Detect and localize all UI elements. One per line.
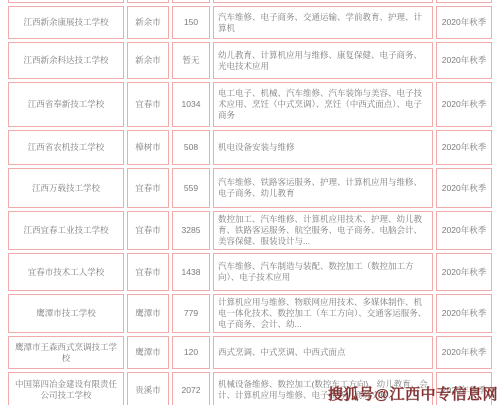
city-cell: 新余市 [127, 42, 169, 79]
school-name-cell: 鹰潭市王森西式烹调技工学校 [8, 336, 124, 369]
city-cell: 宜春市 [127, 253, 169, 291]
city-cell: 鹰潭市 [127, 336, 169, 369]
table-row: 江西新余科达技工学校 新余市 暂无 幼儿教育、计算机应用与维修、康复保健、电子商… [8, 42, 492, 79]
table-row: 鹰潭市王森西式烹调技工学校 鹰潭市 120 西式烹调、中式烹调、中西式面点 20… [8, 336, 492, 369]
school-name-cell: 鹰潭市技工学校 [8, 294, 124, 333]
city-cell: 新余市 [127, 6, 169, 39]
schools-table-body: 江西新余康展技工学校 新余市 150 汽车维修、电子商务、交通运输、学前教育、护… [8, 0, 492, 405]
city-cell: 宜春市 [127, 211, 169, 250]
semester-cell: 2020年秋季 [436, 6, 492, 39]
city-cell: 贵溪市 [127, 372, 169, 405]
enrollment-count-cell: 1034 [172, 82, 210, 127]
enrollment-count-cell: 150 [172, 6, 210, 39]
table-row: 江西万载技工学校 宜春市 559 汽车维修、铁路客运服务、护理、计算机应用与维修… [8, 168, 492, 208]
city-cell: 鹰潭市 [127, 294, 169, 333]
table-row: 鹰潭市技工学校 鹰潭市 779 计算机应用与维修、物联网应用技术、多媒体制作、机… [8, 294, 492, 333]
partial-cell [172, 0, 210, 3]
watermark: 搜狐号@江西中专信息网 [328, 383, 498, 404]
semester-cell: 2020年秋季 [436, 42, 492, 79]
school-name-cell: 江西省奉新技工学校 [8, 82, 124, 127]
partial-cell [8, 0, 124, 3]
enrollment-count-cell: 559 [172, 168, 210, 208]
majors-cell: 汽车维修、汽车制造与装配、数控加工（数控加工方向）、电子技术应用 [213, 253, 433, 291]
enrollment-count-cell: 暂无 [172, 42, 210, 79]
majors-cell: 机电设备安装与维修 [213, 130, 433, 165]
semester-cell: 2020年秋季 [436, 294, 492, 333]
table-row: 江西省奉新技工学校 宜春市 1034 电工电子、机械、汽车维修、汽车装饰与美容、… [8, 82, 492, 127]
school-name-cell: 中国第四冶金建设有限责任公司技工学校 [8, 372, 124, 405]
partial-cell [127, 0, 169, 3]
majors-cell: 汽车维修、电子商务、交通运输、学前教育、护理、计算机 [213, 6, 433, 39]
school-name-cell: 宜春市技术工人学校 [8, 253, 124, 291]
majors-cell: 汽车维修、铁路客运服务、护理、计算机应用与维修、电子商务、幼儿教育 [213, 168, 433, 208]
majors-cell: 幼儿教育、计算机应用与维修、康复保健、电子商务、光电技术应用 [213, 42, 433, 79]
table-row: 江西宜春工业技工学校 宜春市 3285 数控加工、汽车维修、计算机应用技术、护理… [8, 211, 492, 250]
enrollment-count-cell: 2072 [172, 372, 210, 405]
school-name-cell: 江西省农机技工学校 [8, 130, 124, 165]
screenshot-root: 江西新余康展技工学校 新余市 150 汽车维修、电子商务、交通运输、学前教育、护… [0, 0, 500, 405]
majors-cell: 电工电子、机械、汽车维修、汽车装饰与美容、电子技术应用、烹饪（中式烹调）、烹饪（… [213, 82, 433, 127]
semester-cell: 2020年秋季 [436, 211, 492, 250]
school-name-cell: 江西新余科达技工学校 [8, 42, 124, 79]
city-cell: 樟树市 [127, 130, 169, 165]
majors-cell: 计算机应用与维修、物联网应用技术、多媒体制作、机电一体化技术、数控加工（车工方向… [213, 294, 433, 333]
majors-cell: 数控加工、汽车维修、计算机应用技术、护理、幼儿教育、铁路客运服务、航空服务、电子… [213, 211, 433, 250]
enrollment-count-cell: 1438 [172, 253, 210, 291]
semester-cell: 2020年秋季 [436, 336, 492, 369]
school-name-cell: 江西宜春工业技工学校 [8, 211, 124, 250]
table-row: 江西新余康展技工学校 新余市 150 汽车维修、电子商务、交通运输、学前教育、护… [8, 6, 492, 39]
semester-cell: 2020年秋季 [436, 253, 492, 291]
enrollment-count-cell: 508 [172, 130, 210, 165]
partial-row-top [8, 0, 492, 3]
partial-cell [436, 0, 492, 3]
partial-cell [213, 0, 433, 3]
enrollment-count-cell: 3285 [172, 211, 210, 250]
enrollment-count-cell: 779 [172, 294, 210, 333]
city-cell: 宜春市 [127, 168, 169, 208]
table-row: 宜春市技术工人学校 宜春市 1438 汽车维修、汽车制造与装配、数控加工（数控加… [8, 253, 492, 291]
table-row: 江西省农机技工学校 樟树市 508 机电设备安装与维修 2020年秋季 [8, 130, 492, 165]
semester-cell: 2020年秋季 [436, 168, 492, 208]
schools-table: 江西新余康展技工学校 新余市 150 汽车维修、电子商务、交通运输、学前教育、护… [5, 0, 495, 405]
majors-cell: 西式烹调、中式烹调、中西式面点 [213, 336, 433, 369]
semester-cell: 2020年秋季 [436, 82, 492, 127]
semester-cell: 2020年秋季 [436, 130, 492, 165]
enrollment-count-cell: 120 [172, 336, 210, 369]
school-name-cell: 江西新余康展技工学校 [8, 6, 124, 39]
school-name-cell: 江西万载技工学校 [8, 168, 124, 208]
city-cell: 宜春市 [127, 82, 169, 127]
